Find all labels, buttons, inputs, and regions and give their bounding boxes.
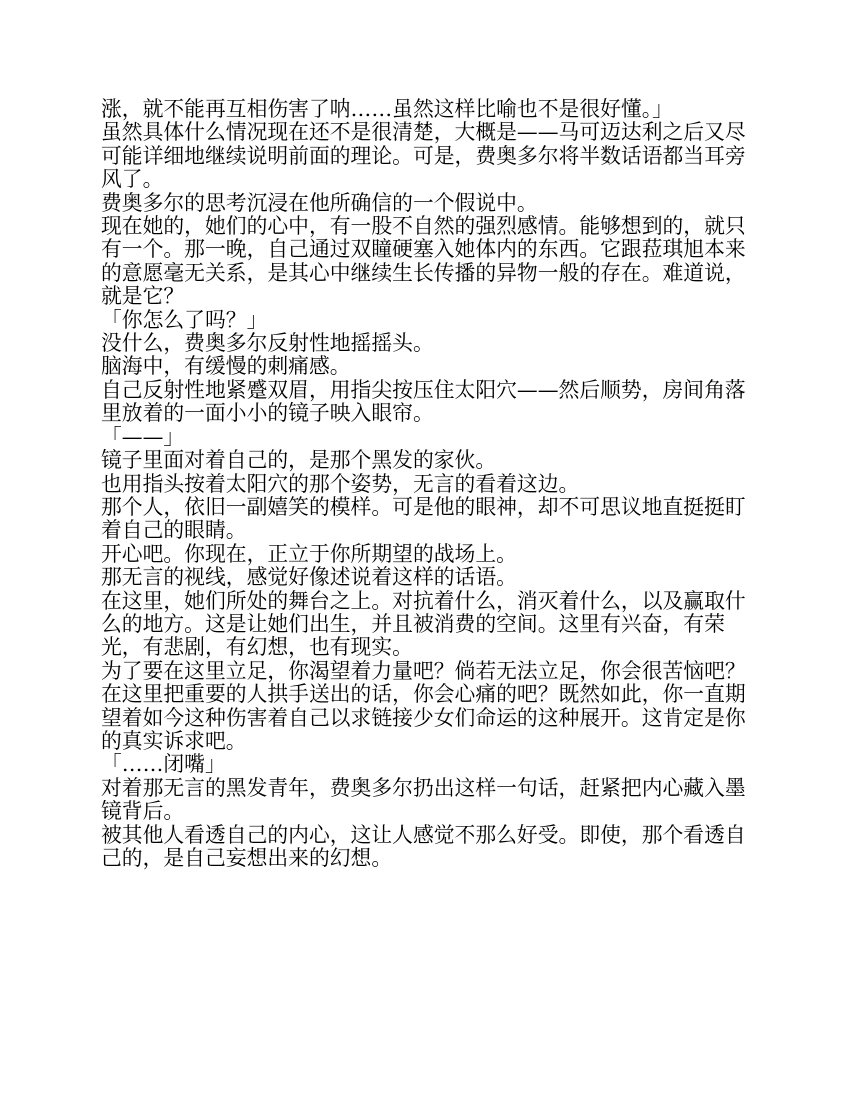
paragraph: 脑海中，有缓慢的刺痛感。 <box>101 355 753 378</box>
paragraph: 费奥多尔的思考沉浸在他所确信的一个假说中。 <box>101 192 753 215</box>
paragraph: 在这里，她们所处的舞台之上。对抗着什么，消灭着什么，以及赢取什么的地方。这是让她… <box>101 590 753 660</box>
paragraph: 虽然具体什么情况现在还不是很清楚，大概是——马可迈达利之后又尽可能详细地继续说明… <box>101 121 753 191</box>
paragraph: 也用指头按着太阳穴的那个姿势，无言的看着这边。 <box>101 473 753 496</box>
paragraph: 现在她的，她们的心中，有一股不自然的强烈感情。能够想到的，就只有一个。那一晚，自… <box>101 215 753 309</box>
paragraph: 开心吧。你现在，正立于你所期望的战场上。 <box>101 543 753 566</box>
paragraph: 自己反射性地紧蹙双眉，用指尖按压住太阳穴——然后顺势，房间角落里放着的一面小小的… <box>101 379 753 426</box>
paragraph: 为了要在这里立足，你渴望着力量吧？倘若无法立足，你会很苦恼吧？在这里把重要的人拱… <box>101 660 753 754</box>
document-page: 涨，就不能再互相伤害了呐……虽然这样比喻也不是很好懂。」 虽然具体什么情况现在还… <box>101 98 753 870</box>
paragraph: 镜子里面对着自己的，是那个黑发的家伙。 <box>101 449 753 472</box>
dialogue-line: 「——」 <box>101 426 753 449</box>
paragraph: 那无言的视线，感觉好像述说着这样的话语。 <box>101 566 753 589</box>
paragraph: 那个人，依旧一副嬉笑的模样。可是他的眼神，却不可思议地直挺挺盯着自己的眼睛。 <box>101 496 753 543</box>
paragraph: 涨，就不能再互相伤害了呐……虽然这样比喻也不是很好懂。」 <box>101 98 753 121</box>
paragraph: 被其他人看透自己的内心，这让人感觉不那么好受。即使，那个看透自己的，是自己妄想出… <box>101 824 753 871</box>
dialogue-line: 「……闭嘴」 <box>101 753 753 776</box>
paragraph: 没什么，费奥多尔反射性地摇摇头。 <box>101 332 753 355</box>
paragraph: 对着那无言的黑发青年，费奥多尔扔出这样一句话，赶紧把内心藏入墨镜背后。 <box>101 777 753 824</box>
dialogue-line: 「你怎么了吗？」 <box>101 309 753 332</box>
